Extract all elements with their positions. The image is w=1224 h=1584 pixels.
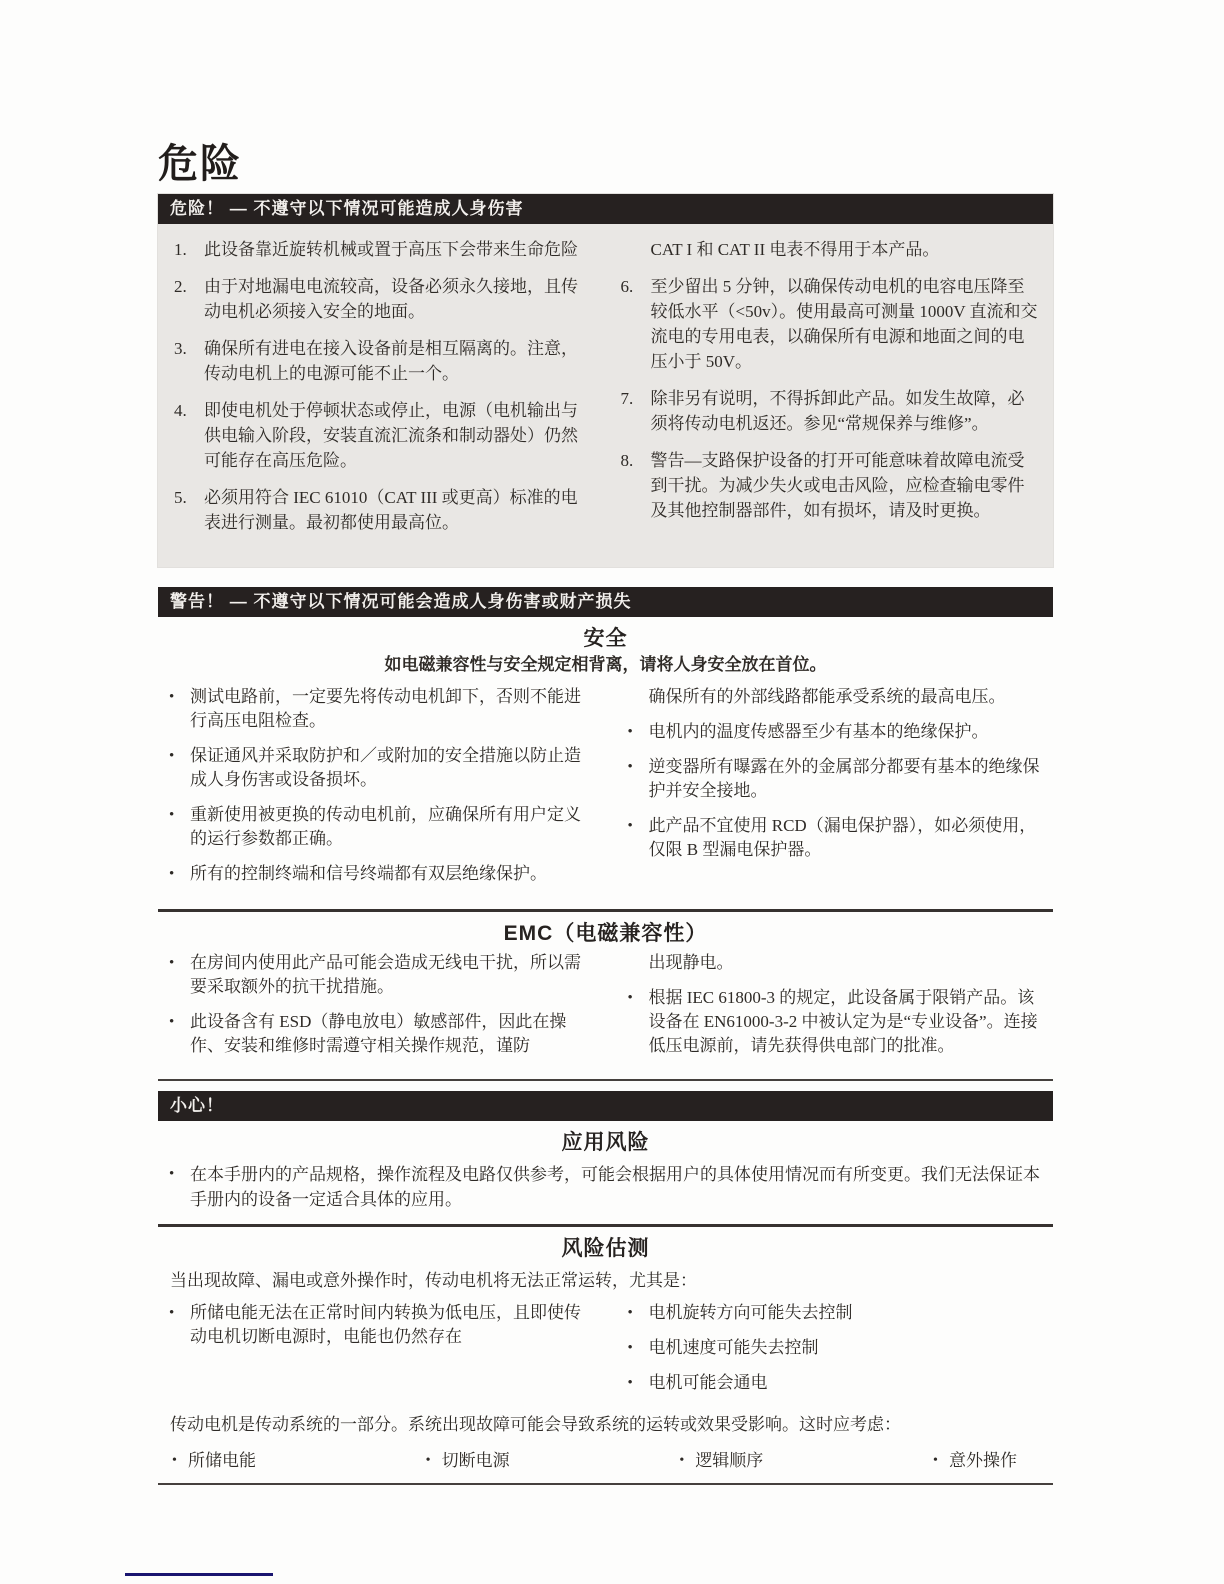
item-text: 确保所有进电在接入设备前是相互隔离的。注意，传动电机上的电源可能不止一个。 <box>204 336 595 386</box>
numbered-item: 6. 至少留出 5 分钟，以确保传动电机的电容电压降至较低水平（<50v）。使用… <box>621 274 1042 374</box>
item-text: 此设备靠近旋转机械或置于高压下会带来生命危险 <box>204 237 595 262</box>
item-number: 2. <box>174 274 204 324</box>
item-number: 5. <box>174 485 204 535</box>
warning-header-bar: 警告！ — 不遵守以下情况可能会造成人身伤害或财产损失 <box>158 587 1053 617</box>
bullet-item: 此产品不宜使用 RCD（漏电保护器），如必须使用，仅限 B 型漏电保护器。 <box>619 814 1052 862</box>
numbered-item: 4. 即使电机处于停顿状态或停止，电源（电机输出与供电输入阶段，安装直流汇流条和… <box>174 398 595 473</box>
section-divider <box>158 1224 1053 1227</box>
bullet-item: 测试电路前，一定要先将传动电机卸下，否则不能进行高压电阻检查。 <box>160 685 593 733</box>
danger-header-bar: 危险！ — 不遵守以下情况可能造成人身伤害 <box>158 194 1053 224</box>
item-text: 警告—支路保护设备的打开可能意味着故障电流受到干扰。为减少失火或电击风险，应检查… <box>651 448 1042 523</box>
risk-outro: 传动电机是传动系统的一部分。系统出现故障可能会导致系统的运转或效果受影响。这时应… <box>170 1412 1053 1437</box>
caution-section: 小心！ 应用风险 在本手册内的产品规格，操作流程及电路仅供参考，可能会根据用户的… <box>158 1079 1053 1485</box>
section-divider <box>158 1079 1053 1081</box>
risk-assessment-heading: 风险估测 <box>158 1235 1053 1262</box>
numbered-item: 7. 除非另有说明，不得拆卸此产品。如发生故障，必须将传动电机返还。参见“常规保… <box>621 386 1042 436</box>
item-text: 由于对地漏电电流较高，设备必须永久接地，且传动电机必须接入安全的地面。 <box>204 274 595 324</box>
emc-heading: EMC（电磁兼容性） <box>158 920 1053 947</box>
item-number: 3. <box>174 336 204 386</box>
numbered-item: 5. 必须用符合 IEC 61010（CAT III 或更高）标准的电表进行测量… <box>174 485 595 535</box>
item-number: 8. <box>621 448 651 523</box>
safety-heading: 安全 <box>158 625 1053 652</box>
numbered-item: 1. 此设备靠近旋转机械或置于高压下会带来生命危险 <box>174 237 595 262</box>
emc-columns: 在房间内使用此产品可能会造成无线电干扰，所以需要采取额外的抗干扰措施。 此设备含… <box>158 947 1053 1069</box>
consideration-item: 所储电能 <box>170 1449 256 1473</box>
safety-right-column: 确保所有的外部线路都能承受系统的最高电压。 电机内的温度传感器至少有基本的绝缘保… <box>619 685 1052 897</box>
caution-header-bar: 小心！ <box>158 1091 1053 1121</box>
continuation-text: 出现静电。 <box>619 951 1052 975</box>
numbered-item: 8. 警告—支路保护设备的打开可能意味着故障电流受到干扰。为减少失火或电击风险，… <box>621 448 1042 523</box>
bottom-divider <box>158 1483 1053 1485</box>
page-title: 危险 <box>158 142 1224 186</box>
bullet-item: 逆变器所有曝露在外的金属部分都要有基本的绝缘保护并安全接地。 <box>619 755 1052 803</box>
bullet-item: 此设备含有 ESD（静电放电）敏感部件，因此在操作、安装和维修时需遵守相关操作规… <box>160 1010 593 1058</box>
bullet-item: 电机可能会通电 <box>619 1371 1052 1395</box>
risk-left-column: 所储电能无法在正常时间内转换为低电压，且即使传动电机切断电源时，电能也仍然存在 <box>160 1301 593 1406</box>
bullet-item: 保证通风并采取防护和／或附加的安全措施以防止造成人身伤害或设备损坏。 <box>160 744 593 792</box>
consideration-item: 逻辑顺序 <box>677 1449 763 1473</box>
item-number: 6. <box>621 274 651 374</box>
numbered-item: 2. 由于对地漏电电流较高，设备必须永久接地，且传动电机必须接入安全的地面。 <box>174 274 595 324</box>
continuation-text: 确保所有的外部线路都能承受系统的最高电压。 <box>619 685 1052 709</box>
bullet-item: 在房间内使用此产品可能会造成无线电干扰，所以需要采取额外的抗干扰措施。 <box>160 951 593 999</box>
emc-right-column: 出现静电。 根据 IEC 61800-3 的规定，此设备属于限销产品。该设备在 … <box>619 951 1052 1069</box>
numbered-item: 3. 确保所有进电在接入设备前是相互隔离的。注意，传动电机上的电源可能不止一个。 <box>174 336 595 386</box>
item-number: 1. <box>174 237 204 262</box>
bullet-item: 电机旋转方向可能失去控制 <box>619 1301 1052 1325</box>
bullet-item: 根据 IEC 61800-3 的规定，此设备属于限销产品。该设备在 EN6100… <box>619 986 1052 1058</box>
consideration-item: 切断电源 <box>424 1449 510 1473</box>
consideration-item: 意外操作 <box>931 1449 1017 1473</box>
item-number: 7. <box>621 386 651 436</box>
considerations-row: 所储电能 切断电源 逻辑顺序 意外操作 <box>170 1449 1053 1473</box>
section-divider <box>158 909 1053 912</box>
risk-columns: 所储电能无法在正常时间内转换为低电压，且即使传动电机切断电源时，电能也仍然存在 … <box>158 1293 1053 1406</box>
warning-section: 警告！ — 不遵守以下情况可能会造成人身伤害或财产损失 安全 如电磁兼容性与安全… <box>158 587 1053 1069</box>
safety-left-column: 测试电路前，一定要先将传动电机卸下，否则不能进行高压电阻检查。 保证通风并采取防… <box>160 685 593 897</box>
danger-left-column: 1. 此设备靠近旋转机械或置于高压下会带来生命危险 2. 由于对地漏电电流较高，… <box>174 237 595 547</box>
bullet-item: 在本手册内的产品规格，操作流程及电路仅供参考，可能会根据用户的具体使用情况而有所… <box>160 1162 1051 1212</box>
document-content: 危险！ — 不遵守以下情况可能造成人身伤害 1. 此设备靠近旋转机械或置于高压下… <box>158 194 1053 1485</box>
safety-columns: 测试电路前，一定要先将传动电机卸下，否则不能进行高压电阻检查。 保证通风并采取防… <box>158 681 1053 897</box>
danger-section: 危险！ — 不遵守以下情况可能造成人身伤害 1. 此设备靠近旋转机械或置于高压下… <box>158 194 1053 567</box>
application-risk-heading: 应用风险 <box>158 1129 1053 1156</box>
bullet-item: 电机速度可能失去控制 <box>619 1336 1052 1360</box>
bullet-item: 重新使用被更换的传动电机前，应确保所有用户定义的运行参数都正确。 <box>160 803 593 851</box>
bullet-item: 电机内的温度传感器至少有基本的绝缘保护。 <box>619 720 1052 744</box>
item-text: 至少留出 5 分钟，以确保传动电机的电容电压降至较低水平（<50v）。使用最高可… <box>651 274 1042 374</box>
bullet-item: 所储电能无法在正常时间内转换为低电压，且即使传动电机切断电源时，电能也仍然存在 <box>160 1301 593 1349</box>
risk-right-column: 电机旋转方向可能失去控制 电机速度可能失去控制 电机可能会通电 <box>619 1301 1052 1406</box>
footer-rule <box>125 1573 273 1576</box>
emc-left-column: 在房间内使用此产品可能会造成无线电干扰，所以需要采取额外的抗干扰措施。 此设备含… <box>160 951 593 1069</box>
item-text: 即使电机处于停顿状态或停止，电源（电机输出与供电输入阶段，安装直流汇流条和制动器… <box>204 398 595 473</box>
safety-subtitle: 如电磁兼容性与安全规定相背离，请将人身安全放在首位。 <box>158 653 1053 677</box>
danger-right-column: CAT I 和 CAT II 电表不得用于本产品。 6. 至少留出 5 分钟，以… <box>621 237 1042 547</box>
bullet-item: 所有的控制终端和信号终端都有双层绝缘保护。 <box>160 862 593 886</box>
item-text: 必须用符合 IEC 61010（CAT III 或更高）标准的电表进行测量。最初… <box>204 485 595 535</box>
item-number: 4. <box>174 398 204 473</box>
danger-columns: 1. 此设备靠近旋转机械或置于高压下会带来生命危险 2. 由于对地漏电电流较高，… <box>158 224 1053 547</box>
continuation-text: CAT I 和 CAT II 电表不得用于本产品。 <box>621 237 1042 262</box>
item-text: 除非另有说明，不得拆卸此产品。如发生故障，必须将传动电机返还。参见“常规保养与维… <box>651 386 1042 436</box>
risk-intro: 当出现故障、漏电或意外操作时，传动电机将无法正常运转，尤其是： <box>170 1268 1053 1293</box>
